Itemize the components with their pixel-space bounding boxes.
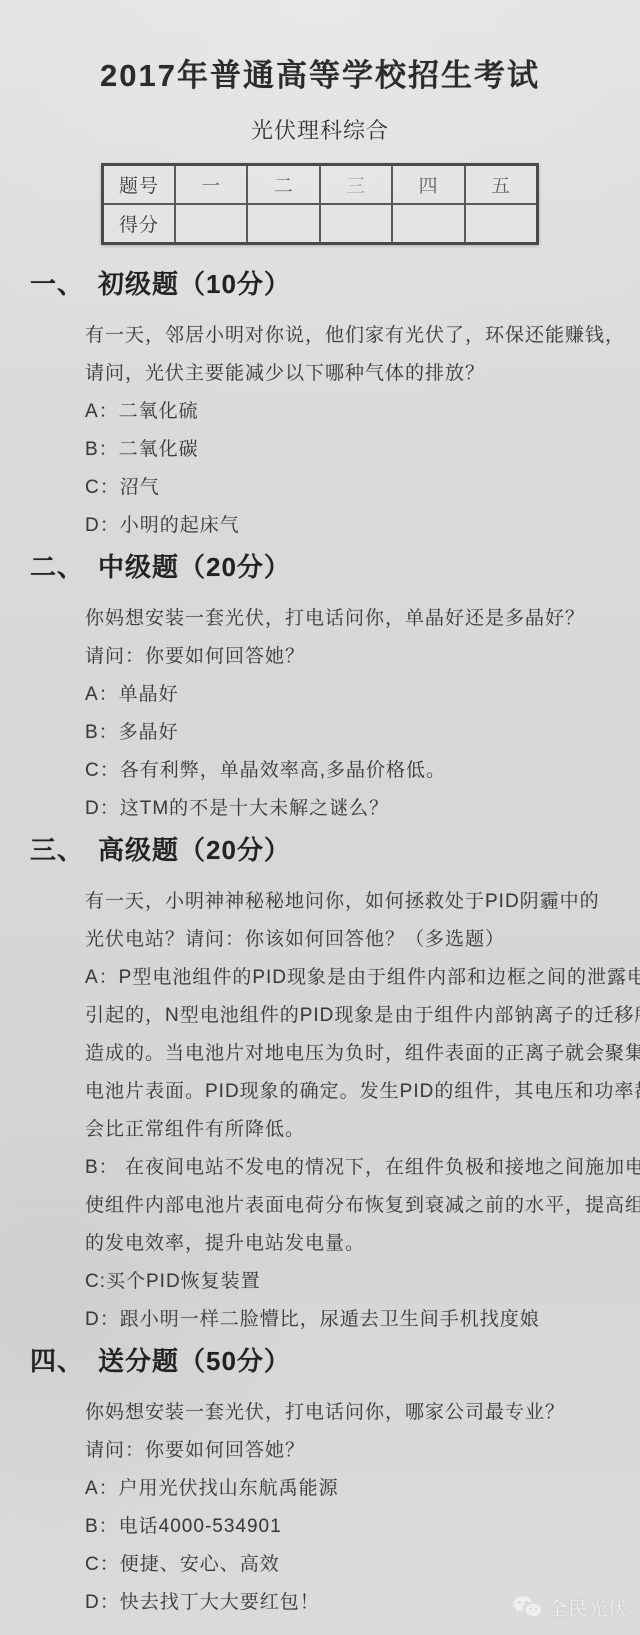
text-line: D：跟小明一样二脸懵比，尿遁去卫生间手机找度娘 [85, 1301, 630, 1339]
question-number-cell: 四 [392, 165, 464, 205]
section-title: 高级题（20分） [98, 833, 291, 868]
question-number-label: 题号 [103, 165, 175, 205]
section-body: 你妈想安装一套光伏，打电话问你，哪家公司最专业？请问：你要如何回答她？A：户用光… [0, 1394, 640, 1622]
text-line: 你妈想安装一套光伏，打电话问你，哪家公司最专业？ [85, 1394, 630, 1432]
section-number: 四、 [30, 1344, 84, 1379]
score-cell [247, 204, 319, 244]
text-line: 电池片表面。PID现象的确定。发生PID的组件，其电压和功率都 [85, 1073, 630, 1111]
text-line: 你妈想安装一套光伏，打电话问你，单晶好还是多晶好？ [85, 600, 630, 638]
watermark-label: 全民光伏 [548, 1594, 628, 1621]
section-title: 送分题（50分） [98, 1344, 291, 1379]
text-line: C:买个PID恢复装置 [85, 1263, 630, 1301]
section-number: 一、 [30, 267, 84, 302]
section-body: 有一天，邻居小明对你说，他们家有光伏了，环保还能赚钱，请问，光伏主要能减少以下哪… [0, 317, 640, 545]
page-title: 2017年普通高等学校招生考试 [0, 56, 640, 96]
text-line: A：P型电池组件的PID现象是由于组件内部和边框之间的泄露电流 [85, 959, 630, 997]
score-cell [465, 204, 538, 244]
text-line: 使组件内部电池片表面电荷分布恢复到衰减之前的水平，提高组件 [85, 1187, 630, 1225]
score-cell [392, 204, 464, 244]
text-line: 引起的，N型电池组件的PID现象是由于组件内部钠离子的迁移所 [85, 997, 630, 1035]
text-line: 有一天，小明神神秘秘地问你，如何拯救处于PID阴霾中的 [85, 883, 630, 921]
text-line: B：电话4000-534901 [85, 1508, 630, 1546]
text-line: 会比正常组件有所降低。 [85, 1111, 630, 1149]
text-line: C：各有利弊，单晶效率高,多晶价格低。 [85, 752, 630, 790]
score-cell [320, 204, 392, 244]
text-line: B：二氧化碳 [85, 431, 630, 469]
question-number-cell: 二 [247, 165, 319, 205]
text-line: 造成的。当电池片对地电压为负时，组件表面的正离子就会聚集到 [85, 1035, 630, 1073]
question-number-cell: 三 [320, 165, 392, 205]
text-line: 请问：你要如何回答她？ [85, 638, 630, 676]
question-number-cell: 一 [175, 165, 247, 205]
text-line: C：沼气 [85, 469, 630, 507]
section-number: 三、 [30, 833, 84, 868]
text-line: A：单晶好 [85, 676, 630, 714]
score-row: 得分 [103, 204, 538, 244]
question-number-cell: 五 [465, 165, 538, 205]
text-line: A：二氧化硫 [85, 393, 630, 431]
text-line: D：这TM的不是十大未解之谜么？ [85, 790, 630, 828]
section-body: 你妈想安装一套光伏，打电话问你，单晶好还是多晶好？请问：你要如何回答她？A：单晶… [0, 600, 640, 828]
section-title: 初级题（10分） [98, 267, 291, 302]
score-cell [175, 204, 247, 244]
section-number: 二、 [30, 550, 84, 585]
watermark: 全民光伏 [512, 1594, 628, 1621]
page-subtitle: 光伏理科综合 [0, 116, 640, 146]
score-label: 得分 [103, 204, 175, 244]
wechat-icon [512, 1595, 542, 1621]
text-line: D：小明的起床气 [85, 507, 630, 545]
text-line: B：多晶好 [85, 714, 630, 752]
text-line: 请问：你要如何回答她？ [85, 1432, 630, 1470]
exam-paper: 2017年普通高等学校招生考试 光伏理科综合 题号 一二三四五 得分 一、初级题… [0, 0, 640, 1635]
score-table: 题号 一二三四五 得分 [101, 163, 539, 245]
section-body: 有一天，小明神神秘秘地问你，如何拯救处于PID阴霾中的光伏电站？请问：你该如何回… [0, 883, 640, 1339]
text-line: 的发电效率，提升电站发电量。 [85, 1225, 630, 1263]
question-number-row: 题号 一二三四五 [103, 165, 538, 205]
text-line: 有一天，邻居小明对你说，他们家有光伏了，环保还能赚钱， [85, 317, 630, 355]
text-line: 光伏电站？请问：你该如何回答他？（多选题） [85, 921, 630, 959]
section-heading: 二、中级题（20分） [30, 550, 640, 585]
text-line: A：户用光伏找山东航禹能源 [85, 1470, 630, 1508]
section-heading: 一、初级题（10分） [30, 267, 640, 302]
text-line: B： 在夜间电站不发电的情况下，在组件负极和接地之间施加电压， [85, 1149, 630, 1187]
section-heading: 四、送分题（50分） [30, 1344, 640, 1379]
section-heading: 三、高级题（20分） [30, 833, 640, 868]
text-line: 请问，光伏主要能减少以下哪种气体的排放？ [85, 355, 630, 393]
text-line: C：便捷、安心、高效 [85, 1546, 630, 1584]
section-title: 中级题（20分） [98, 550, 291, 585]
sections-container: 一、初级题（10分）有一天，邻居小明对你说，他们家有光伏了，环保还能赚钱，请问，… [0, 267, 640, 1622]
